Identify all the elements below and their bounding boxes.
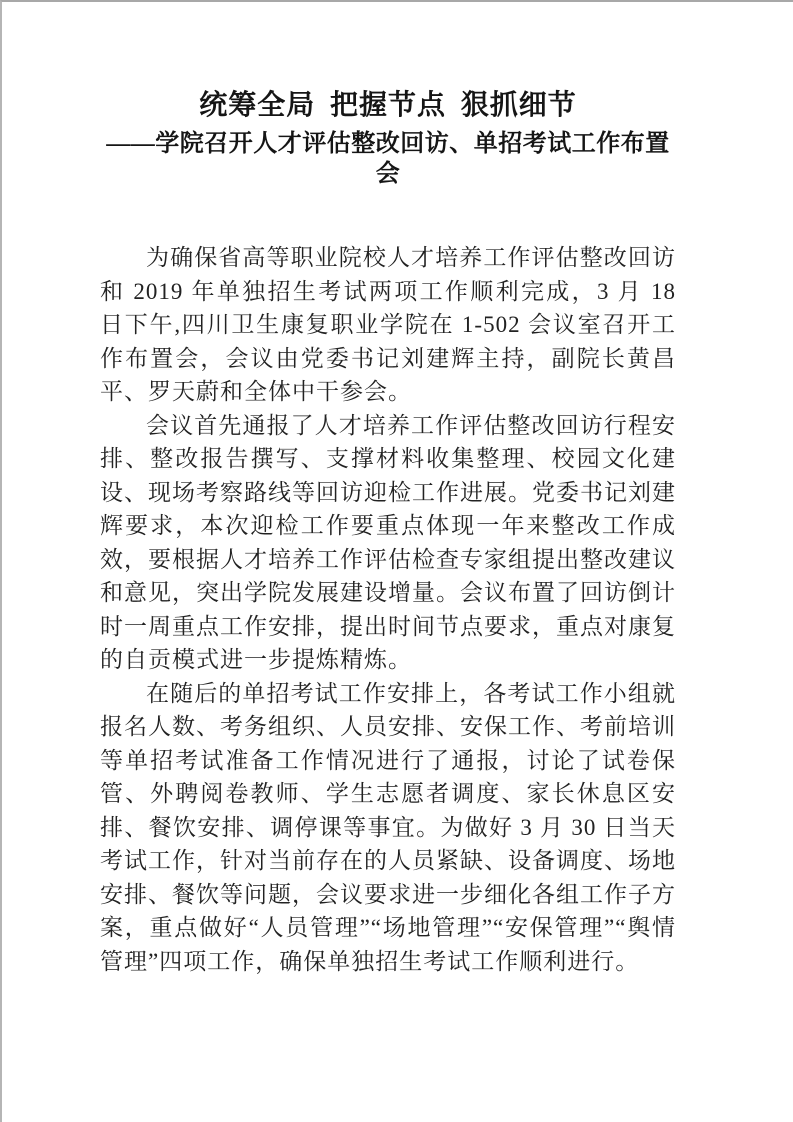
paragraph-exam-arrangement: 在随后的单招考试工作安排上，各考试工作小组就报名人数、考务组织、人员安排、安保工… <box>100 677 676 979</box>
document-header: 统筹全局 把握节点 狠抓细节 ——学院召开人才评估整改回访、单招考试工作布置会 <box>100 88 676 189</box>
document-subtitle: ——学院召开人才评估整改回访、单招考试工作布置会 <box>100 129 676 189</box>
document-title: 统筹全局 把握节点 狠抓细节 <box>100 88 676 122</box>
paragraph-intro: 为确保省高等职业院校人才培养工作评估整改回访和 2019 年单独招生考试两项工作… <box>100 241 676 409</box>
paragraph-evaluation-review: 会议首先通报了人才培养工作评估整改回访行程安排、整改报告撰写、支撑材料收集整理、… <box>100 409 676 677</box>
document-page: 统筹全局 把握节点 狠抓细节 ——学院召开人才评估整改回访、单招考试工作布置会 … <box>0 0 793 1122</box>
document-body: 为确保省高等职业院校人才培养工作评估整改回访和 2019 年单独招生考试两项工作… <box>100 241 676 978</box>
